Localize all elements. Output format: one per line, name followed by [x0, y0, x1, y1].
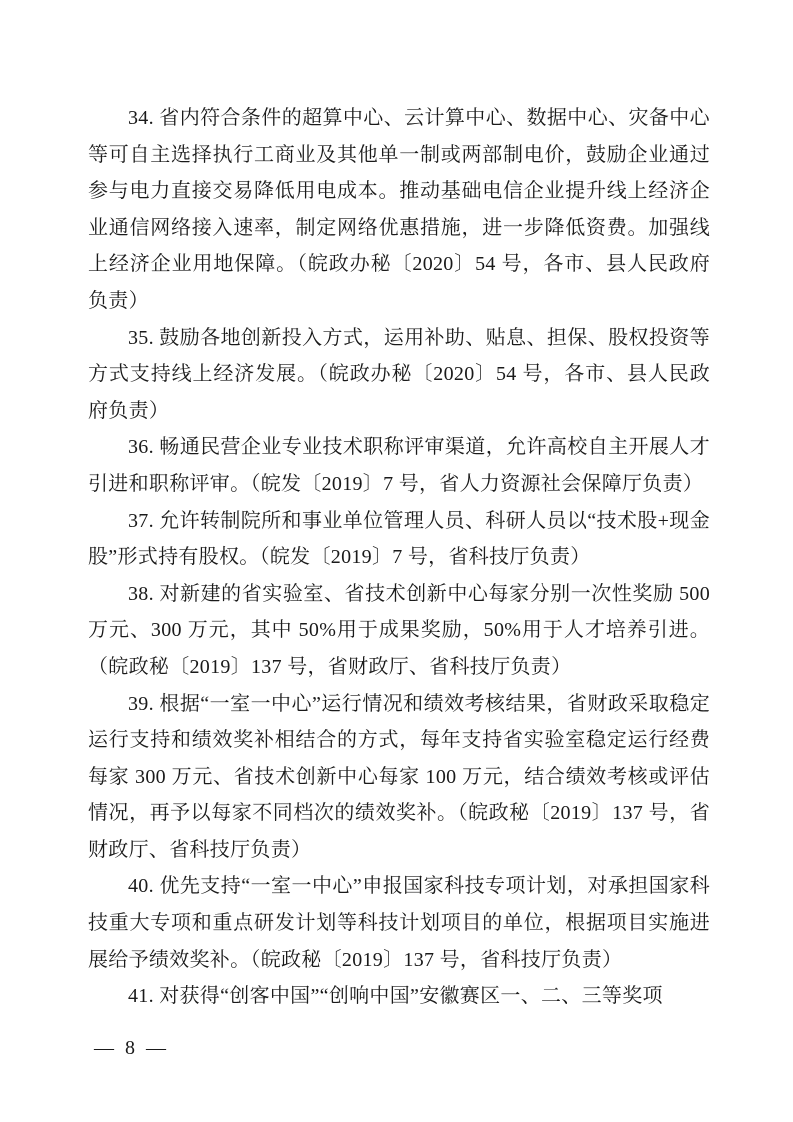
text-content: 34. 省内符合条件的超算中心、云计算中心、数据中心、灾备中心等可自主选择执行工… [88, 100, 710, 1015]
page-number: — 8 — [94, 1033, 169, 1063]
paragraph-item-36: 36. 畅通民营企业专业技术职称评审渠道，允许高校自主开展人才引进和职称评审。（… [88, 429, 710, 502]
paragraph-item-41: 41. 对获得“创客中国”“创响中国”安徽赛区一、二、三等奖项 [88, 978, 710, 1015]
paragraph-item-34: 34. 省内符合条件的超算中心、云计算中心、数据中心、灾备中心等可自主选择执行工… [88, 100, 710, 320]
document-page: 34. 省内符合条件的超算中心、云计算中心、数据中心、灾备中心等可自主选择执行工… [0, 0, 793, 1122]
paragraph-item-40: 40. 优先支持“一室一中心”申报国家科技专项计划，对承担国家科技重大专项和重点… [88, 868, 710, 978]
paragraph-item-35: 35. 鼓励各地创新投入方式，运用补助、贴息、担保、股权投资等方式支持线上经济发… [88, 320, 710, 430]
paragraph-item-37: 37. 允许转制院所和事业单位管理人员、科研人员以“技术股+现金股”形式持有股权… [88, 503, 710, 576]
paragraph-item-39: 39. 根据“一室一中心”运行情况和绩效考核结果，省财政采取稳定运行支持和绩效奖… [88, 686, 710, 869]
paragraph-item-38: 38. 对新建的省实验室、省技术创新中心每家分别一次性奖励 500 万元、300… [88, 576, 710, 686]
